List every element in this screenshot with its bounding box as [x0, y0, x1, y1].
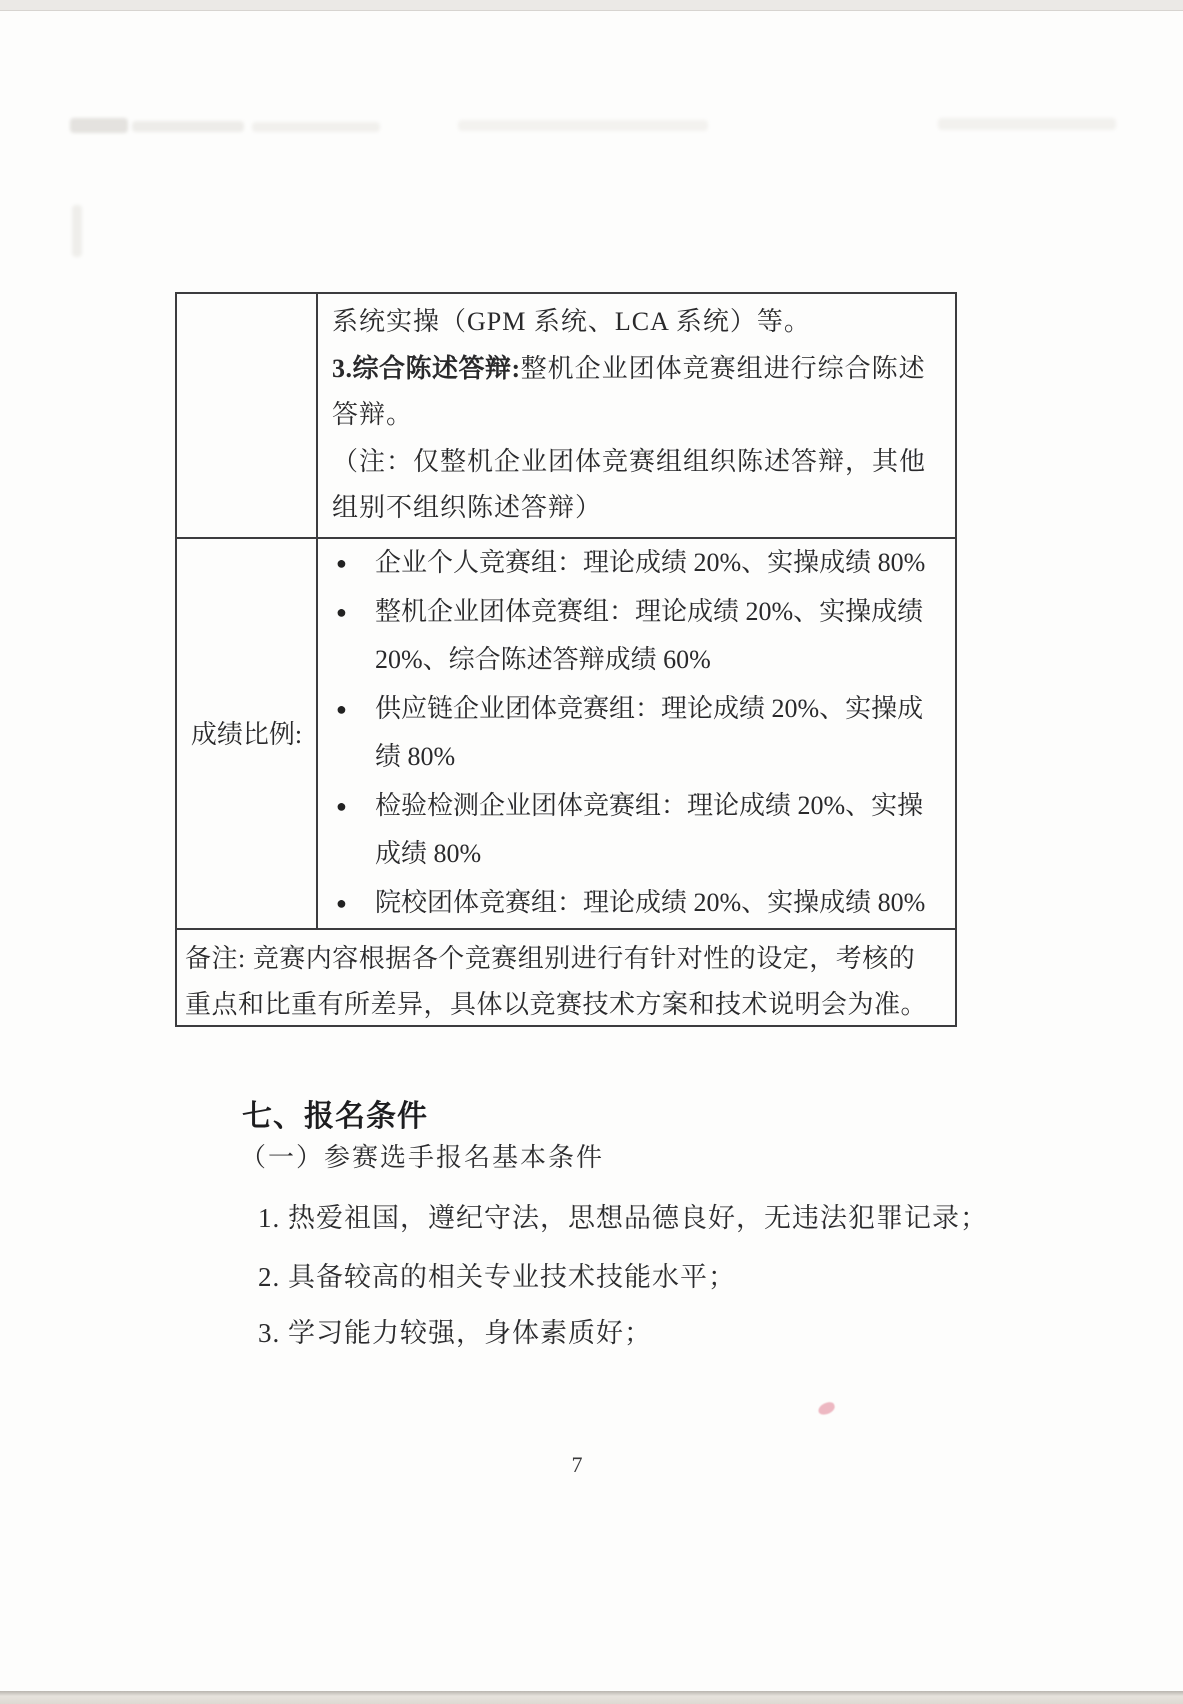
score-line: ●供应链企业团体竞赛组：理论成绩 20%、实操成 — [336, 685, 950, 734]
scan-smudge — [938, 118, 1116, 130]
score-text: 检验检测企业团体竞赛组：理论成绩 20%、实操 — [375, 791, 923, 820]
bullet-icon: ● — [336, 879, 375, 928]
page-number: 7 — [557, 1452, 597, 1478]
score-ratio-label: 成绩比例: — [191, 714, 302, 751]
table-text-line: 系统实操（GPM 系统、LCA 系统）等。 — [332, 299, 948, 346]
scan-smudge — [70, 118, 128, 133]
table-text-line: 3.综合陈述答辩:整机企业团体竞赛组进行综合陈述 — [332, 346, 948, 393]
score-text: 院校团体竞赛组：理论成绩 20%、实操成绩 80% — [375, 888, 925, 917]
table-cell-score-ratio-label: 成绩比例: — [177, 537, 316, 928]
table-text-line: （注：仅整机企业团体竞赛组组织陈述答辩，其他 — [332, 439, 948, 486]
score-line-wrap: 20%、综合陈述答辩成绩 60% — [336, 636, 950, 685]
score-line: ●院校团体竞赛组：理论成绩 20%、实操成绩 80% — [336, 879, 950, 928]
score-text: 20%、综合陈述答辩成绩 60% — [375, 645, 711, 674]
score-line-wrap: 成绩 80% — [336, 830, 950, 879]
score-line: ●检验检测企业团体竞赛组：理论成绩 20%、实操 — [336, 782, 950, 831]
bullet-icon: ● — [336, 685, 375, 734]
scanned-page: 系统实操（GPM 系统、LCA 系统）等。 3.综合陈述答辩:整机企业团体竞赛组… — [0, 0, 1183, 1704]
table-text-line: 答辩。 — [332, 392, 948, 439]
score-text: 绩 80% — [375, 742, 455, 771]
table-cell-score-ratio-values: ●企业个人竞赛组：理论成绩 20%、实操成绩 80% ●整机企业团体竞赛组：理论… — [336, 539, 950, 927]
scan-edge-top — [0, 0, 1183, 11]
table-text: 整机企业团体竞赛组进行综合陈述 — [521, 354, 926, 383]
table-text-bold: 3.综合陈述答辩: — [332, 354, 521, 383]
score-text: 成绩 80% — [375, 839, 481, 868]
list-item-1: 1. 热爱祖国，遵纪守法，思想品德良好，无违法犯罪记录； — [258, 1196, 988, 1235]
section-heading: 七、报名条件 — [242, 1091, 428, 1135]
scan-smudge — [458, 120, 708, 131]
bullet-icon: ● — [336, 588, 375, 637]
scan-smudge — [72, 205, 82, 257]
table-column-divider — [316, 294, 318, 928]
pink-ink-mark — [817, 1401, 837, 1417]
table-row-divider — [177, 928, 955, 930]
table-text-line: 组别不组织陈述答辩） — [332, 485, 948, 532]
table-text: 组别不组织陈述答辩） — [332, 493, 602, 522]
score-line: ●整机企业团体竞赛组：理论成绩 20%、实操成绩 — [336, 588, 950, 637]
score-table: 系统实操（GPM 系统、LCA 系统）等。 3.综合陈述答辩:整机企业团体竞赛组… — [175, 292, 957, 1027]
bullet-icon: ● — [336, 782, 375, 831]
score-text: 整机企业团体竞赛组：理论成绩 20%、实操成绩 — [375, 597, 923, 626]
table-text: （注：仅整机企业团体竞赛组组织陈述答辩，其他 — [332, 447, 926, 476]
section-subheading: （一）参赛选手报名基本条件 — [240, 1137, 604, 1174]
bullet-icon: ● — [336, 539, 375, 588]
scan-edge-bottom — [0, 1691, 1183, 1704]
table-cell-competition-content: 系统实操（GPM 系统、LCA 系统）等。 3.综合陈述答辩:整机企业团体竞赛组… — [332, 299, 948, 532]
scan-smudge — [252, 122, 380, 132]
list-item-3: 3. 学习能力较强，身体素质好； — [258, 1311, 652, 1350]
score-text: 供应链企业团体竞赛组：理论成绩 20%、实操成 — [375, 694, 923, 723]
score-line: ●企业个人竞赛组：理论成绩 20%、实操成绩 80% — [336, 539, 950, 588]
list-item-2: 2. 具备较高的相关专业技术技能水平； — [258, 1255, 736, 1294]
remark-line: 重点和比重有所差异，具体以竞赛技术方案和技术说明会为准。 — [185, 982, 951, 1028]
score-text: 企业个人竞赛组：理论成绩 20%、实操成绩 80% — [375, 548, 925, 577]
score-line-wrap: 绩 80% — [336, 733, 950, 782]
table-cell-remark: 备注: 竞赛内容根据各个竞赛组别进行有针对性的设定，考核的 重点和比重有所差异，… — [185, 934, 951, 1028]
table-text: 答辩。 — [332, 400, 413, 429]
remark-line: 备注: 竞赛内容根据各个竞赛组别进行有针对性的设定，考核的 — [185, 936, 951, 982]
table-text: 系统实操（GPM 系统、LCA 系统）等。 — [332, 307, 811, 336]
scan-smudge — [132, 121, 244, 132]
